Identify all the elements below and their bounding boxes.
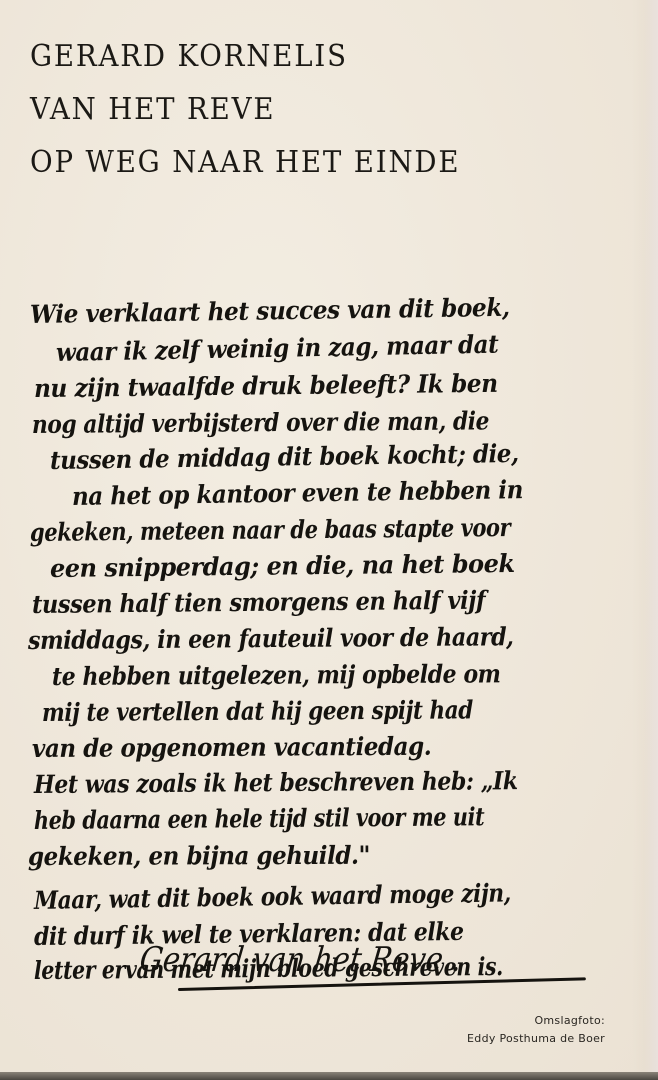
letter-line: Wie verklaart het succes van dit boek, <box>30 293 510 329</box>
author-name-line-1: GERARD KORNELIS <box>30 30 460 83</box>
letter-line: tussen half tien smorgens en half vijf <box>32 586 485 619</box>
letter-line: gekeken, meteen naar de baas stapte voor <box>30 513 510 547</box>
letter-line: na het op kantoor even te hebben in <box>72 475 523 511</box>
photo-credit: Omslagfoto: Eddy Posthuma de Boer <box>467 1012 605 1048</box>
photo-credit-label: Omslagfoto: <box>467 1012 605 1030</box>
author-name-line-2: VAN HET REVE <box>30 83 460 136</box>
photo-credit-name: Eddy Posthuma de Boer <box>467 1030 605 1048</box>
letter-line: smiddags, in een fauteuil voor de haard, <box>28 622 514 655</box>
letter-line: nog altijd verbijsterd over die man, die <box>32 406 489 439</box>
letter-line: mij te vertellen dat hij geen spijt had <box>42 695 473 727</box>
letter-line: tussen de middag dit boek kocht; die, <box>50 439 519 475</box>
letter-line: een snipperdag; en die, na het boek <box>50 549 515 583</box>
letter-line: van de opgenomen vacantiedag. <box>32 732 431 763</box>
page-edge-bottom <box>0 1072 658 1080</box>
letter-line: gekeken, en bijna gehuild." <box>28 841 370 871</box>
letter-line: heb daarna een hele tijd stil voor me ui… <box>34 802 484 835</box>
book-cover: GERARD KORNELIS VAN HET REVE OP WEG NAAR… <box>0 0 658 1080</box>
letter-line: te hebben uitgelezen, mij opbelde om <box>52 659 501 691</box>
letter-line: waar ik zelf weinig in zag, maar dat <box>56 330 499 367</box>
letter-line: Maar, wat dit boek ook waard moge zijn, <box>34 878 511 915</box>
letter-line: Het was zoals ik het beschreven heb: „Ik <box>34 766 518 799</box>
letter-line: nu zijn twaalfde druk beleeft? Ik ben <box>34 369 498 403</box>
page-edge-right <box>644 0 658 1072</box>
title-block: GERARD KORNELIS VAN HET REVE OP WEG NAAR… <box>30 30 498 189</box>
book-title: OP WEG NAAR HET EINDE <box>30 136 460 189</box>
author-signature: Gerard van het Reve . <box>138 940 464 980</box>
